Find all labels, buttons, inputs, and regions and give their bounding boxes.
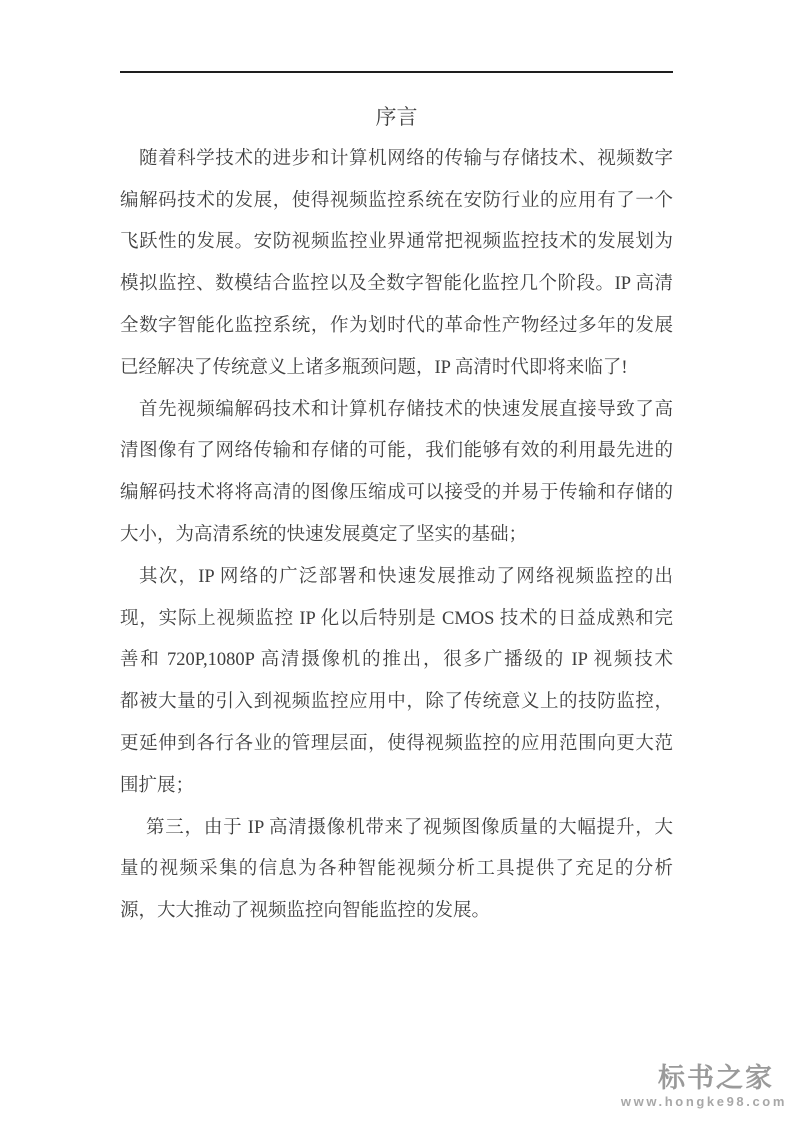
text-line: 更延伸到各行各业的管理层面，使得视频监控的应用范围向更大范 [120,724,673,766]
header-rule [120,71,673,73]
paragraph: 其次，IP 网络的广泛部署和快速发展推动了网络视频监控的出现，实际上视频监控 I… [120,557,673,808]
text-line: 量的视频采集的信息为各种智能视频分析工具提供了充足的分析 [120,849,673,891]
watermark-url: www.hongke98.com [621,1094,787,1109]
document-body: 随着科学技术的进步和计算机网络的传输与存储技术、视频数字编解码技术的发展，使得视… [120,139,673,933]
text-line: 围扩展； [120,766,673,808]
watermark: 标书之家 www.hongke98.com [621,1063,787,1109]
page-title: 序言 [120,97,673,139]
text-line: 第三，由于 IP 高清摄像机带来了视频图像质量的大幅提升，大 [120,808,673,850]
text-line: 现，实际上视频监控 IP 化以后特别是 CMOS 技术的日益成熟和完 [120,599,673,641]
paragraph: 随着科学技术的进步和计算机网络的传输与存储技术、视频数字编解码技术的发展，使得视… [120,139,673,390]
text-line: 已经解决了传统意义上诸多瓶颈问题，IP 高清时代即将来临了! [120,348,673,390]
text-line: 其次，IP 网络的广泛部署和快速发展推动了网络视频监控的出 [120,557,673,599]
paragraph: 首先视频编解码技术和计算机存储技术的快速发展直接导致了高清图像有了网络传输和存储… [120,390,673,557]
text-line: 善和 720P,1080P 高清摄像机的推出，很多广播级的 IP 视频技术 [120,640,673,682]
text-line: 编解码技术将将高清的图像压缩成可以接受的并易于传输和存储的 [120,473,673,515]
paragraph: 第三，由于 IP 高清摄像机带来了视频图像质量的大幅提升，大量的视频采集的信息为… [120,808,673,933]
watermark-brand: 标书之家 [658,1063,774,1094]
text-line: 全数字智能化监控系统，作为划时代的革命性产物经过多年的发展 [120,306,673,348]
text-line: 清图像有了网络传输和存储的可能，我们能够有效的利用最先进的 [120,431,673,473]
text-line: 源，大大推动了视频监控向智能监控的发展。 [120,891,673,933]
text-line: 都被大量的引入到视频监控应用中，除了传统意义上的技防监控， [120,682,673,724]
text-line: 编解码技术的发展，使得视频监控系统在安防行业的应用有了一个 [120,181,673,223]
text-line: 飞跃性的发展。安防视频监控业界通常把视频监控技术的发展划为 [120,222,673,264]
text-line: 大小，为高清系统的快速发展奠定了坚实的基础； [120,515,673,557]
document-page: 序言 随着科学技术的进步和计算机网络的传输与存储技术、视频数字编解码技术的发展，… [0,0,793,1122]
text-line: 首先视频编解码技术和计算机存储技术的快速发展直接导致了高 [120,390,673,432]
text-line: 模拟监控、数模结合监控以及全数字智能化监控几个阶段。IP 高清 [120,264,673,306]
document-content: 序言 随着科学技术的进步和计算机网络的传输与存储技术、视频数字编解码技术的发展，… [120,97,673,933]
text-line: 随着科学技术的进步和计算机网络的传输与存储技术、视频数字 [120,139,673,181]
